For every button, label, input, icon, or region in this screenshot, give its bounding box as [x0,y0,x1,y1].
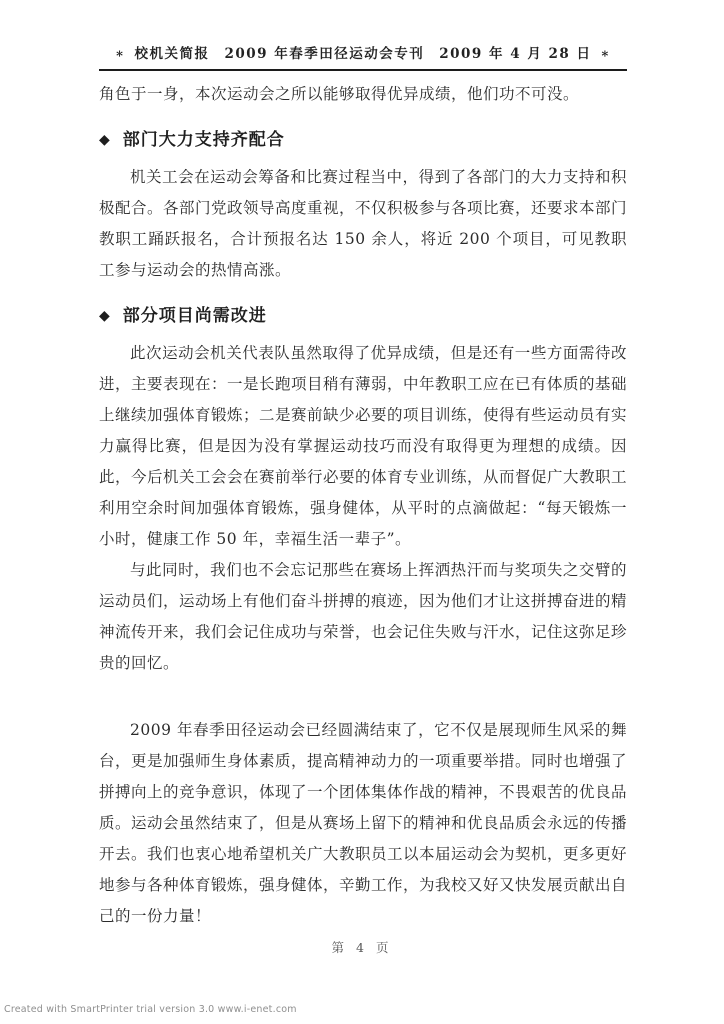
star-icon: * [602,49,610,64]
header-title: 校机关简报 2009 年春季田径运动会专刊 2009 年 4 月 28 日 [134,46,591,62]
smartprinter-watermark: Created with SmartPrinter trial version … [4,1004,297,1015]
document-page: *校机关简报 2009 年春季田径运动会专刊 2009 年 4 月 28 日* … [0,0,724,1024]
section-heading-improve: ◆部分项目尚需改进 [99,301,627,326]
diamond-bullet-icon: ◆ [99,308,111,324]
section-heading-label: 部分项目尚需改进 [123,306,267,326]
diamond-bullet-icon: ◆ [99,132,111,148]
closing-paragraph: 2009 年春季田径运动会已经圆满结束了，它不仅是展现师生风采的舞台，更是加强师… [99,715,627,932]
paragraph: 与此同时，我们也不会忘记那些在赛场上挥洒热汗而与奖项失之交臂的运动员们，运动场上… [99,555,627,679]
star-icon: * [116,49,124,64]
paragraph: 此次运动会机关代表队虽然取得了优异成绩，但是还有一些方面需待改进，主要表现在：一… [99,338,627,555]
continuation-paragraph: 角色于一身，本次运动会之所以能够取得优异成绩，他们功不可没。 [99,79,627,110]
section-heading-support: ◆部门大力支持齐配合 [99,125,627,150]
paragraph: 机关工会在运动会筹备和比赛过程当中，得到了各部门的大力支持和积极配合。各部门党政… [99,162,627,286]
page-header: *校机关简报 2009 年春季田径运动会专刊 2009 年 4 月 28 日* [99,42,627,71]
page-content: *校机关简报 2009 年春季田径运动会专刊 2009 年 4 月 28 日* … [99,42,627,932]
page-number: 第 4 页 [0,938,724,956]
section-heading-label: 部门大力支持齐配合 [123,130,285,150]
